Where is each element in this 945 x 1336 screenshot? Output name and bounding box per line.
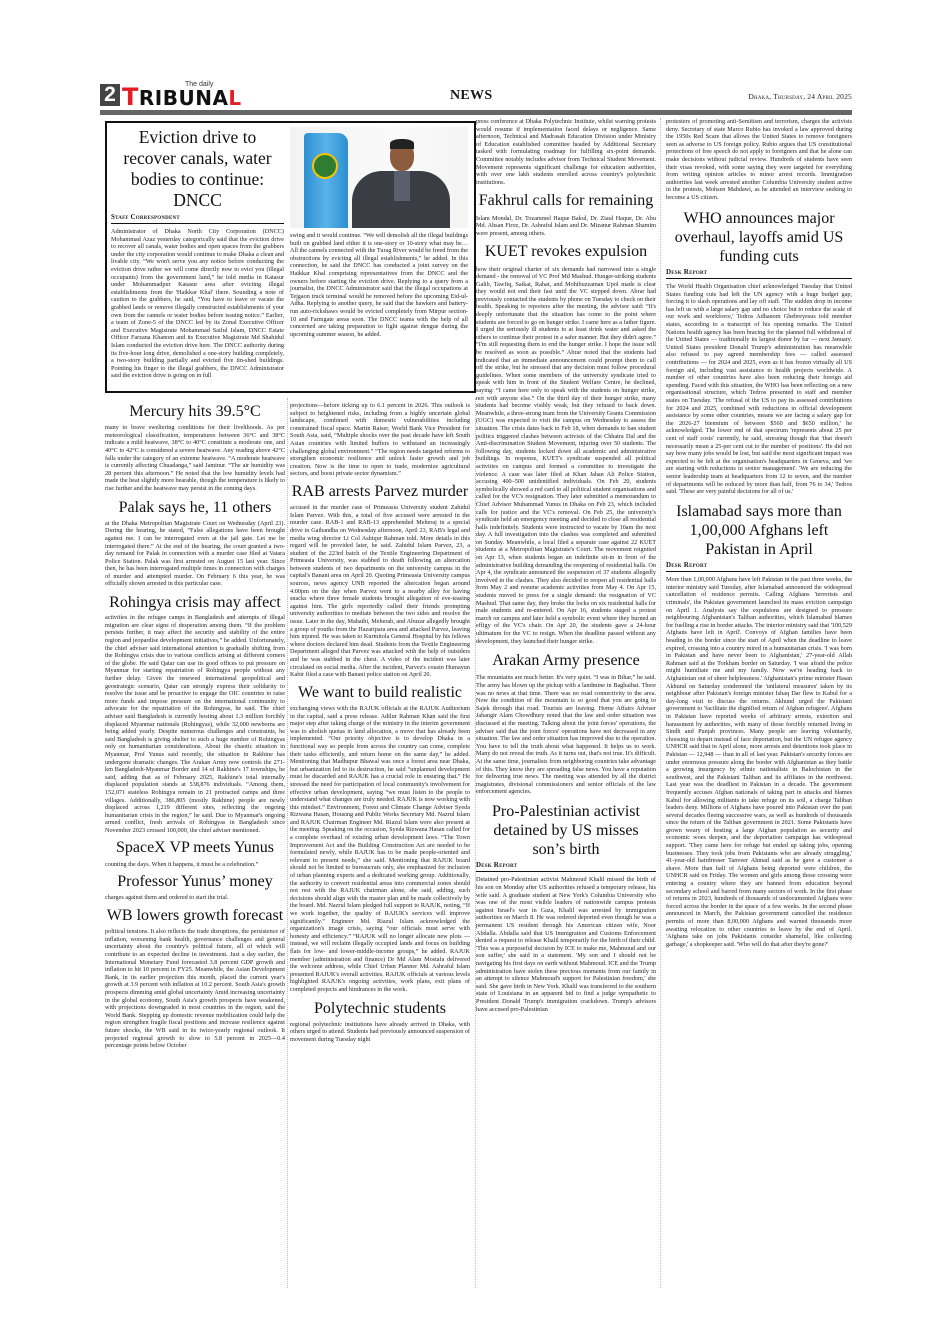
page-number: 2 <box>100 84 120 106</box>
column-2: projections—before ticking up to 6.1 per… <box>290 402 470 1044</box>
article-kuet: KUET revokes expulsion how their origina… <box>476 242 656 645</box>
article-body-continued: projections—before ticking up to 6.1 per… <box>290 402 470 478</box>
article-fakhrul: Fakhrul calls for remaining Islam Mondal… <box>476 191 656 237</box>
article-body: Islam Mondal, Dr. Tozammel Haque Bakul, … <box>476 215 656 238</box>
article-body: political tensions. It also reflects the… <box>105 928 285 1050</box>
dncc-emblem-icon <box>312 153 338 179</box>
article-mercury: Mercury hits 39.5°C many to brave swelte… <box>105 402 285 493</box>
headline: Pro-Palestinian activist detained by US … <box>476 802 656 860</box>
article-body: counting the days. When it happens, it m… <box>105 861 285 869</box>
lead-story-eviction: Eviction drive to recover canals, water … <box>105 121 476 393</box>
headline: Palak says he, 11 others <box>105 498 285 517</box>
article-realistic: We want to build realistic exchanging vi… <box>290 683 470 994</box>
flag-graphic <box>304 133 348 228</box>
column-1: Mercury hits 39.5°C many to brave swelte… <box>105 402 285 1050</box>
article-body: how their original charter of six demand… <box>476 266 656 646</box>
article-body: many to brave sweltering conditions for … <box>105 424 285 492</box>
dncc-administrator-photo <box>290 127 468 228</box>
logo-wordmark: TRIBUNAL <box>122 86 242 109</box>
headline: Mercury hits 39.5°C <box>105 402 285 421</box>
article-arakan: Arakan Army presence The mountains are m… <box>476 651 656 796</box>
headline: Arakan Army presence <box>476 651 656 670</box>
article-yunus-money: Professor Yunus’ money charges against t… <box>105 872 285 902</box>
article-body: exchanging views with the RAJUK official… <box>290 705 470 994</box>
masthead-rule <box>100 110 852 115</box>
article-palak: Palak says he, 11 others at the Dhaka Me… <box>105 498 285 589</box>
byline: Desk Report <box>666 561 852 572</box>
byline: Desk Report <box>666 268 852 279</box>
article-khalil: Pro-Palestinian activist detained by US … <box>476 802 656 1013</box>
dateline: Dhaka, Thursday, 24 April 2025 <box>748 92 852 101</box>
article-body: regional polytechnic institutions have a… <box>290 1021 470 1044</box>
columns: Eviction drive to recover canals, water … <box>100 118 852 1288</box>
article-afghans: Islamabad says more than 1,00,000 Afghan… <box>666 502 852 949</box>
article-body: Administrator of Dhaka North City Corpor… <box>111 228 284 380</box>
headline: Eviction drive to recover canals, water … <box>111 127 284 211</box>
article-polytechnic: Polytechnic students regional polytechni… <box>290 999 470 1044</box>
article-rab: RAB arrests Parvez murder accused in the… <box>290 482 470 679</box>
article-spacex: SpaceX VP meets Yunus counting the days.… <box>105 838 285 868</box>
article-body: More than 1,00,000 Afghans have left Pak… <box>666 576 852 948</box>
headline: WHO announces major overhaul, layoffs am… <box>666 209 852 267</box>
article-body-continued: press conference at Dhaka Polytechnic In… <box>476 118 656 186</box>
headline: SpaceX VP meets Yunus <box>105 838 285 857</box>
column-4: protesters of promoting anti-Semitism an… <box>666 118 852 948</box>
column-divider <box>660 118 661 1288</box>
headline: Rohingya crisis may affect <box>105 593 285 612</box>
article-body-continued: protesters of promoting anti-Semitism an… <box>666 118 852 202</box>
headline: Professor Yunus’ money <box>105 872 285 891</box>
headline: Fakhrul calls for remaining <box>476 191 656 210</box>
section-title: NEWS <box>450 88 492 104</box>
byline: Staff Correspondent <box>111 213 284 224</box>
byline: Desk Report <box>476 861 656 872</box>
headline: RAB arrests Parvez murder <box>290 482 470 501</box>
article-body: swing and it would continue. “We will de… <box>290 232 468 338</box>
headline: WB lowers growth forecast <box>105 906 285 925</box>
article-rohingya: Rohingya crisis may affect activities in… <box>105 593 285 834</box>
headline: We want to build realistic <box>290 683 470 702</box>
article-body: The mountains are much better. It's very… <box>476 674 656 796</box>
article-body: The World Health Organisation chief ackn… <box>666 283 852 496</box>
article-who: WHO announces major overhaul, layoffs am… <box>666 209 852 496</box>
headline: Islamabad says more than 1,00,000 Afghan… <box>666 502 852 560</box>
article-body: Detained pro-Palestinian activist Mahmou… <box>476 876 656 1013</box>
article-body: accused in the murder case of Primeasia … <box>290 504 470 679</box>
article-body: charges against them and ordered to star… <box>105 894 285 902</box>
headline: KUET revokes expulsion <box>476 242 656 261</box>
headline: Polytechnic students <box>290 999 470 1018</box>
newspaper-page: 2 The daily TRIBUNAL NEWS Dhaka, Thursda… <box>100 82 852 1288</box>
column-3: press conference at Dhaka Polytechnic In… <box>476 118 656 1013</box>
article-body: activities in the refugee camps in Bangl… <box>105 614 285 834</box>
column-divider <box>287 398 288 1288</box>
article-wb: WB lowers growth forecast political tens… <box>105 906 285 1050</box>
article-body: at the Dhaka Metropolitan Magistrate Cou… <box>105 520 285 588</box>
masthead: 2 The daily TRIBUNAL NEWS Dhaka, Thursda… <box>100 82 852 110</box>
